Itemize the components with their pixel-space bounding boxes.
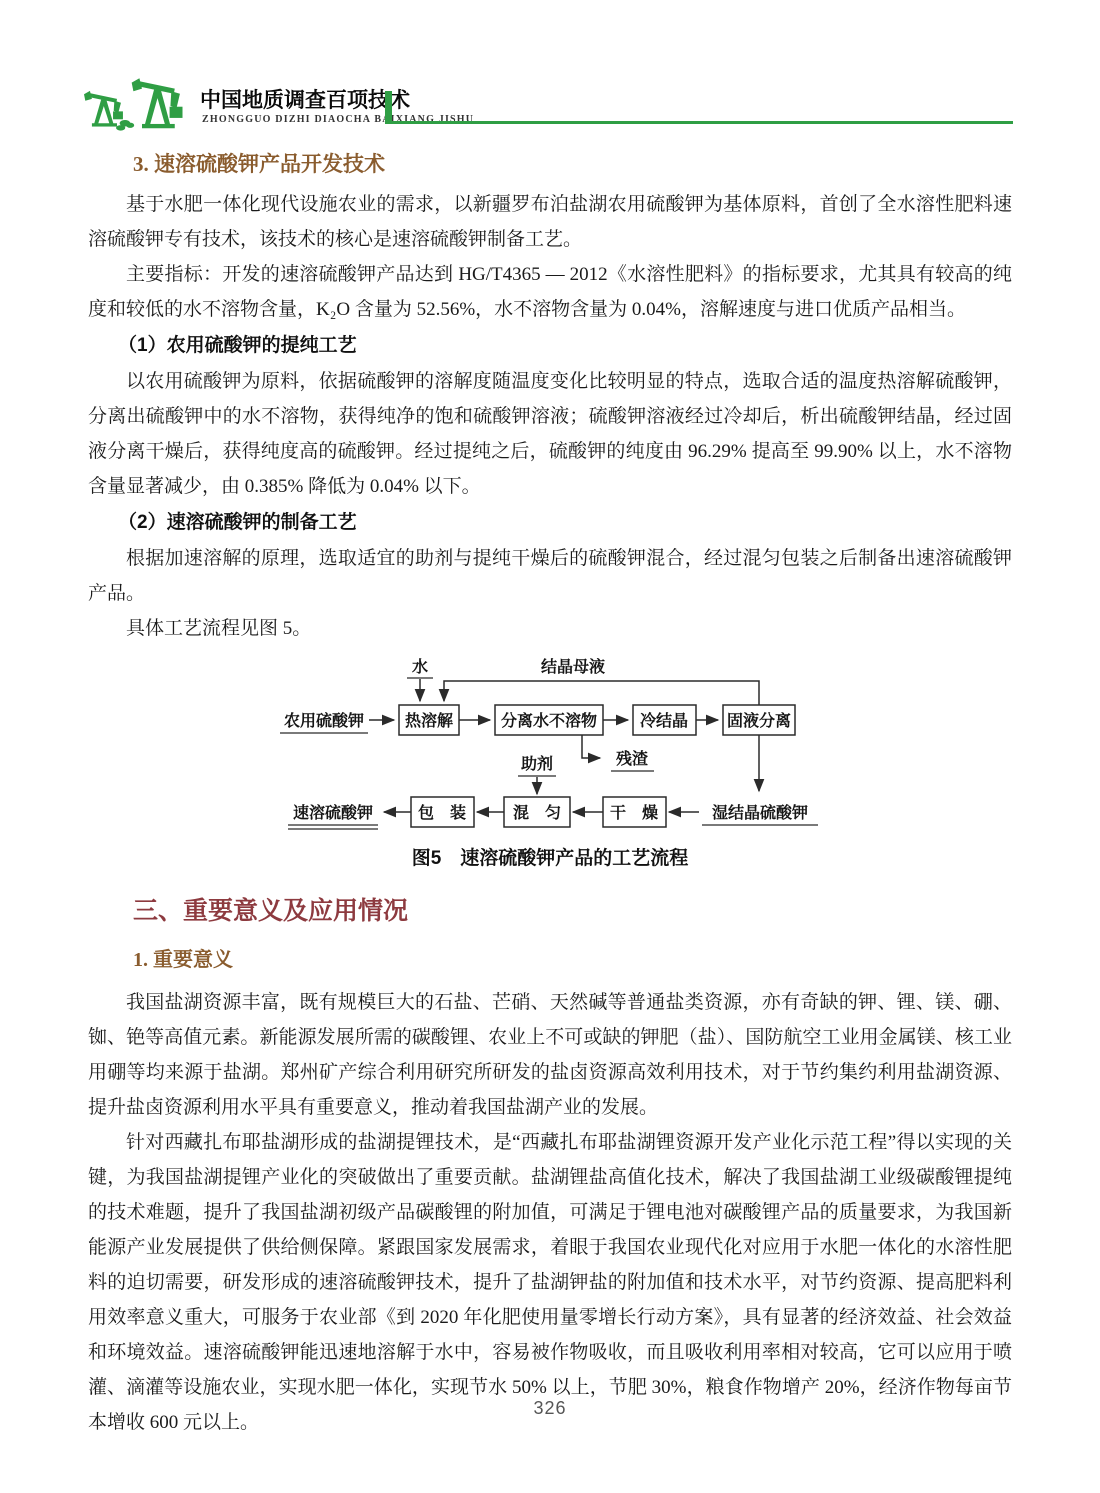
label-input: 农用硫酸钾 bbox=[284, 711, 364, 730]
label-additive: 助剂 bbox=[521, 754, 553, 773]
label-water: 水 bbox=[412, 658, 428, 676]
paragraph: 具体工艺流程见图 5。 bbox=[88, 611, 1012, 646]
sub-heading-2: （2）速溶硫酸钾的制备工艺 bbox=[88, 505, 1012, 540]
process-label: 分离水不溶物 bbox=[501, 711, 597, 730]
label-wet-crystal: 湿结晶硫酸钾 bbox=[712, 803, 808, 822]
process-label: 干 燥 bbox=[610, 803, 658, 822]
process-label: 冷结晶 bbox=[640, 711, 688, 730]
header-title: 中国地质调查百项技术 bbox=[200, 84, 410, 114]
paragraph: 主要指标：开发的速溶硫酸钾产品达到 HG/T4365 — 2012《水溶性肥料》… bbox=[88, 257, 1012, 327]
paragraph: 基于水肥一体化现代设施农业的需求，以新疆罗布泊盐湖农用硫酸钾为基体原料，首创了全… bbox=[88, 187, 1012, 257]
process-label: 包 装 bbox=[418, 803, 466, 822]
paragraph: 针对西藏扎布耶盐湖形成的盐湖提锂技术，是“西藏扎布耶盐湖锂资源开发产业化示范工程… bbox=[88, 1125, 1012, 1440]
process-flow-diagram: 水 结晶母液 农用硫酸钾 热溶解 分离水不溶物 冷结晶 bbox=[260, 650, 840, 835]
figure-5-caption: 图5 速溶硫酸钾产品的工艺流程 bbox=[260, 843, 840, 870]
label-mother-liquor: 结晶母液 bbox=[541, 657, 605, 676]
page-header: 中国地质调查百项技术 ZHONGGUO DIZHI DIAOCHA BAIXIA… bbox=[88, 74, 1013, 136]
recycle-edge bbox=[444, 681, 759, 705]
document-page: 中国地质调查百项技术 ZHONGGUO DIZHI DIAOCHA BAIXIA… bbox=[0, 0, 1100, 1493]
paragraph: 根据加速溶解的原理，选取适宜的助剂与提纯干燥后的硫酸钾混合，经过混匀包装之后制备… bbox=[88, 541, 1012, 611]
section-3-block: 3. 速溶硫酸钾产品开发技术 基于水肥一体化现代设施农业的需求，以新疆罗布泊盐湖… bbox=[88, 150, 1012, 646]
paragraph: 以农用硫酸钾为原料，依据硫酸钾的溶解度随温度变化比较明显的特点，选取合适的温度热… bbox=[88, 364, 1012, 504]
figure-5: 水 结晶母液 农用硫酸钾 热溶解 分离水不溶物 冷结晶 bbox=[88, 650, 1012, 870]
process-label: 混 匀 bbox=[513, 803, 561, 822]
label-residue: 残渣 bbox=[616, 749, 648, 768]
label-product: 速溶硫酸钾 bbox=[293, 803, 373, 822]
green-bar-divider bbox=[385, 91, 392, 123]
process-label: 热溶解 bbox=[405, 711, 454, 730]
paragraph: 我国盐湖资源丰富，既有规模巨大的石盐、芒硝、天然碱等普通盐类资源，亦有奇缺的钾、… bbox=[88, 985, 1012, 1125]
section-three-block: 三、重要意义及应用情况 1. 重要意义 我国盐湖资源丰富，既有规模巨大的石盐、芒… bbox=[88, 895, 1012, 1440]
pumpjack-logo-icon bbox=[84, 74, 194, 134]
section-three-heading: 三、重要意义及应用情况 bbox=[88, 895, 1012, 927]
page-number: 326 bbox=[0, 1398, 1100, 1419]
process-label: 固液分离 bbox=[727, 711, 791, 730]
green-rule-divider bbox=[385, 121, 1013, 124]
importance-heading: 1. 重要意义 bbox=[88, 947, 1012, 973]
section-3-heading: 3. 速溶硫酸钾产品开发技术 bbox=[88, 150, 1012, 178]
sub-heading-1: （1）农用硫酸钾的提纯工艺 bbox=[88, 328, 1012, 363]
